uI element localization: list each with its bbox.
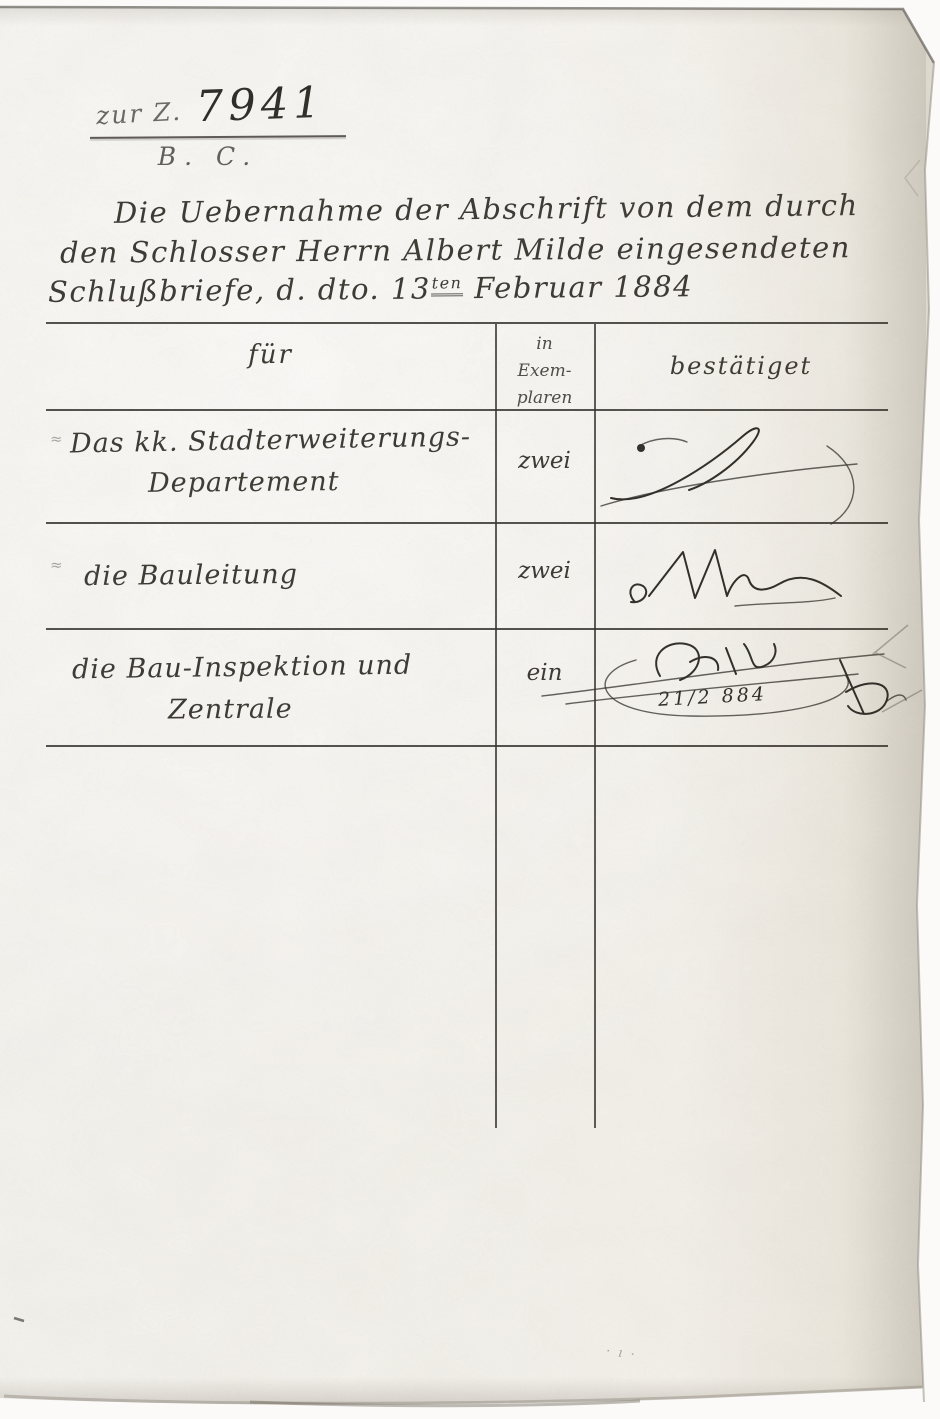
scan-bottom-shading [0,1377,940,1407]
reference-prefix: zur Z. [95,97,182,130]
recipient-row-1-line-1: Das kk. Stadterweiterungs- [70,422,472,460]
header-cell-confirmed: bestätiget [594,352,888,380]
column-rule-left [495,324,497,1128]
header-copies-line-3: plaren [495,385,594,412]
body-line-2: den Schlosser Herrn Albert Milde eingese… [60,230,851,270]
copies-row-2: zwei [495,558,594,584]
header-cell-copies: in Exem- plaren [495,331,594,412]
margin-mark-2: ≈ [50,556,63,574]
signature-scribble-1 [595,418,885,528]
scan-top-shading [0,0,940,26]
reference-underline [90,135,346,139]
signature-row-2 [615,540,845,632]
header-copies-line-2: Exem- [495,358,594,385]
body-line-3-superscript: ten [431,273,464,296]
copies-row-1: zwei [495,448,594,474]
recipient-row-3-line-1: die Bau-Inspektion und [72,650,413,686]
bottom-smudge-mark: · ı · [605,1344,637,1363]
reference-initials: B. C. [148,142,268,171]
signature-row-3: 21/2 884 [540,630,910,752]
header-cell-for: für [46,340,495,370]
table-top-rule [46,322,888,324]
header-copies-line-1: in [495,331,594,358]
margin-mark-1: ≈ [50,430,63,448]
recipient-row-1-line-2: Departement [148,466,340,499]
body-line-3-pre: Schlußbriefe, d. dto. 13 [48,271,431,308]
signature-row-1 [595,418,885,528]
signature-scribble-2 [615,540,845,632]
table-header-rule [46,409,888,411]
reference-number: 7941 [195,78,326,132]
recipient-row-3-line-2: Zentrale [168,693,293,725]
scanned-document-page: zur Z. 7941 B. C. Die Uebernahme der Abs… [0,0,940,1419]
body-line-3-post: Februar 1884 [463,269,693,305]
body-line-1: Die Uebernahme der Abschrift von dem dur… [114,188,859,230]
recipient-row-2-line-1: die Bauleitung [84,559,298,592]
body-line-3: Schlußbriefe, d. dto. 13ten Februar 1884 [48,269,693,309]
